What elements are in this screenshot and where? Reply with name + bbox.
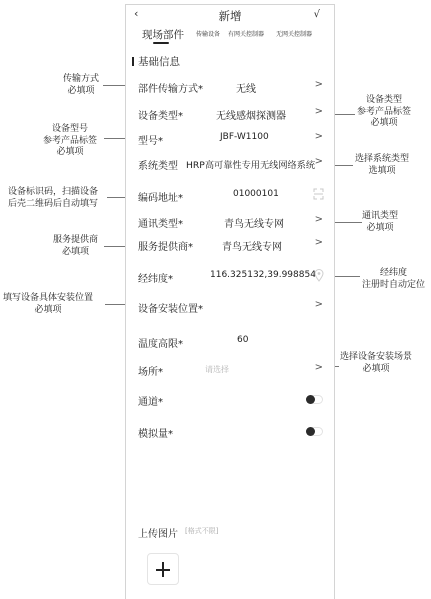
annotation-line: 传输方式 [63, 74, 99, 86]
annotation-place: 选择设备安装场景 必填项 [340, 352, 412, 375]
chevron-right-icon[interactable]: > [315, 237, 323, 248]
field-install-location[interactable]: 设备安装位置* > [126, 297, 334, 317]
annotation-line: 参考产品标签 [43, 136, 97, 148]
field-comm-type[interactable]: 通讯类型* 青鸟无线专网 > [126, 212, 334, 232]
upload-image-label: 上传图片 [138, 525, 178, 540]
field-coordinates[interactable]: 经纬度* 116.325132,39.998854 [126, 267, 334, 287]
channel-toggle[interactable] [306, 395, 323, 404]
chevron-right-icon[interactable]: > [315, 214, 323, 225]
toggle-knob [306, 427, 315, 436]
field-value: 青鸟无线专网 [222, 238, 282, 253]
scan-icon[interactable] [313, 188, 324, 203]
annotation-line: 设备型号 [43, 124, 97, 136]
annotation-device-type: 设备类型 参考产品标签 必填项 [357, 95, 411, 130]
tab-gateway-controller[interactable]: 有网关控制器 [228, 29, 264, 38]
field-value: 116.325132,39.998854 [210, 270, 316, 280]
annotation-line: 后壳二维码后自动填写 [8, 199, 98, 211]
field-label: 系统类型 [138, 157, 178, 172]
chevron-right-icon[interactable]: > [315, 131, 323, 142]
chevron-right-icon[interactable]: > [315, 156, 323, 167]
annotation-model: 设备型号 参考产品标签 必填项 [43, 124, 97, 159]
annotation-line: 选择系统类型 [355, 154, 409, 166]
tab-bar: 现场部件 传输设备 有网关控制器 无网关控制器 [126, 27, 334, 47]
field-label: 通道* [138, 393, 163, 408]
annotation-code-address: 设备标识码，扫描设备 后壳二维码后自动填写 [8, 187, 98, 210]
leader-line [334, 276, 360, 277]
phone-screen: ‹ 新增 √ 现场部件 传输设备 有网关控制器 无网关控制器 基础信息 部件传输… [125, 4, 335, 599]
analog-toggle[interactable] [306, 427, 323, 436]
page-title: 新增 [126, 8, 334, 24]
field-label: 设备类型* [138, 107, 183, 122]
field-label: 经纬度* [138, 270, 173, 285]
section-title: 基础信息 [132, 54, 180, 69]
field-model[interactable]: 型号* JBF-W1100 > [126, 129, 334, 149]
field-service-provider[interactable]: 服务提供商* 青鸟无线专网 > [126, 235, 334, 255]
annotation-line: 选填项 [355, 166, 409, 178]
field-device-type[interactable]: 设备类型* 无线感烟探测器 > [126, 104, 334, 124]
chevron-right-icon[interactable]: > [315, 106, 323, 117]
field-value: 无线感烟探测器 [216, 107, 286, 122]
tab-no-gateway-controller[interactable]: 无网关控制器 [276, 29, 312, 38]
tab-transmission-device[interactable]: 传输设备 [196, 29, 220, 38]
field-label: 通讯类型* [138, 215, 183, 230]
annotation-line: 选择设备安装场景 [340, 352, 412, 364]
annotation-line: 必填项 [340, 364, 412, 376]
field-value: 青鸟无线专网 [224, 215, 284, 230]
chevron-right-icon[interactable]: > [315, 79, 323, 90]
annotation-line: 必填项 [43, 147, 97, 159]
annotation-transport: 传输方式 必填项 [63, 74, 99, 97]
chevron-right-icon[interactable]: > [315, 362, 323, 373]
toggle-knob [306, 395, 315, 404]
field-value: 无线 [236, 80, 256, 95]
leader-line [334, 222, 362, 223]
field-place[interactable]: 场所* 请选择 > [126, 360, 334, 380]
field-value: JBF-W1100 [220, 132, 269, 142]
confirm-check-icon[interactable]: √ [314, 9, 320, 20]
field-system-type[interactable]: 系统类型 HRP高可靠性专用无线网络系统 > [126, 154, 334, 174]
location-pin-icon[interactable] [314, 269, 324, 285]
annotation-line: 必填项 [357, 118, 411, 130]
annotation-coords: 经纬度 注册时自动定位 [362, 268, 425, 291]
field-label: 编码地址* [138, 189, 183, 204]
field-analog: 模拟量* [126, 422, 334, 442]
field-label: 部件传输方式* [138, 80, 203, 95]
annotation-line: 服务提供商 [53, 235, 98, 247]
section-marker [132, 57, 134, 66]
annotation-line: 必填项 [63, 86, 99, 98]
plus-icon [162, 562, 164, 577]
annotation-system-type: 选择系统类型 选填项 [355, 154, 409, 177]
section-title-text: 基础信息 [138, 56, 180, 68]
field-transport-method[interactable]: 部件传输方式* 无线 > [126, 77, 334, 97]
add-image-button[interactable] [147, 553, 179, 585]
chevron-right-icon[interactable]: > [315, 299, 323, 310]
nav-bar: ‹ 新增 √ [126, 5, 334, 27]
field-label: 温度高限* [138, 335, 183, 350]
upload-format-hint: [格式不限] [185, 526, 218, 536]
field-code-address[interactable]: 编码地址* 01000101 [126, 186, 334, 206]
tab-field-components[interactable]: 现场部件 [142, 27, 184, 42]
annotation-line: 设备标识码，扫描设备 [8, 187, 98, 199]
annotation-comm-type: 通讯类型 必填项 [362, 211, 398, 234]
field-label: 型号* [138, 132, 163, 147]
field-value: 01000101 [233, 189, 279, 199]
annotation-line: 必填项 [53, 247, 98, 259]
annotation-line: 设备类型 [357, 95, 411, 107]
annotation-line: 参考产品标签 [357, 107, 411, 119]
annotation-line: 通讯类型 [362, 211, 398, 223]
field-value: HRP高可靠性专用无线网络系统 [186, 157, 315, 171]
field-label: 模拟量* [138, 425, 173, 440]
annotation-line: 必填项 [362, 223, 398, 235]
field-temperature-limit[interactable]: 温度高限* 60 [126, 332, 334, 352]
annotation-line: 经纬度 [362, 268, 425, 280]
field-placeholder: 请选择 [205, 364, 229, 375]
annotation-install-location: 填写设备具体安装位置 必填项 [3, 293, 93, 316]
annotation-line: 填写设备具体安装位置 [3, 293, 93, 305]
field-label: 场所* [138, 363, 163, 378]
field-channel: 通道* [126, 390, 334, 410]
annotation-provider: 服务提供商 必填项 [53, 235, 98, 258]
active-tab-indicator [153, 42, 169, 44]
field-value[interactable]: 60 [237, 335, 248, 345]
annotation-line: 必填项 [3, 305, 93, 317]
annotation-line: 注册时自动定位 [362, 280, 425, 292]
field-label: 服务提供商* [138, 238, 193, 253]
field-label: 设备安装位置* [138, 300, 203, 315]
